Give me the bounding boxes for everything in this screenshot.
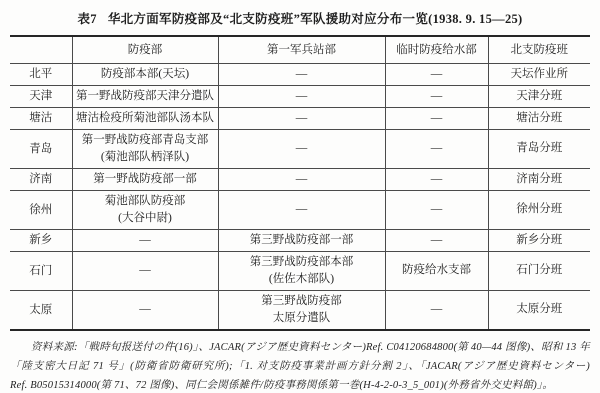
table-cell: 徐州分班 [488,190,590,229]
cell-line: 天津分班 [490,88,590,105]
table-cell: — [218,168,385,190]
table-cell: — [218,107,385,129]
cell-line: — [220,66,384,83]
cell-line: 第三野战防疫部一部 [220,232,384,249]
cell-line: (大谷中尉) [74,210,217,227]
row-city-label: 北平 [10,63,72,85]
cell-line: — [387,301,487,318]
table-cell: — [218,85,385,107]
cell-line: 菊池部队防疫部 [74,193,217,210]
table-cell: 第一野战防疫部青岛支部(菊池部队柄泽队) [72,129,218,168]
table-cell: — [385,229,488,251]
cell-line: 济南分班 [490,171,590,188]
table-cell: 塘沽检疫所菊池部队汤本队 [72,107,218,129]
source-note-line: 资料来源:「戦時旬报送付の件(16)」、JACAR(アジア歴史資料センター)Re… [10,338,590,357]
table-row: 石门—第三野战防疫部本部(佐佐木部队)防疫给水支部石门分班 [10,251,590,290]
document-page: 表7华北方面军防疫部及“北支防疫班”军队援助对应分布一览(1938. 9. 15… [0,0,600,393]
table-cell: — [385,190,488,229]
table-cell: 第三野战防疫部一部 [218,229,385,251]
header-north-china-squad: 北支防疫班 [488,36,590,63]
source-note: 资料来源:「戦時旬报送付の件(16)」、JACAR(アジア歴史資料センター)Re… [10,338,590,393]
cell-line: (佐佐木部队) [220,271,384,288]
cell-line: 防疫给水支部 [387,262,487,279]
table-body: 北平防疫部本部(天坛)——天坛作业所天津第一野战防疫部天津分遣队——天津分班塘沽… [10,63,590,330]
table-row: 济南第一野战防疫部一部——济南分班 [10,168,590,190]
cell-line: — [220,201,384,218]
cell-line: — [387,110,487,127]
table-cell: — [72,290,218,330]
table-cell: 天津分班 [488,85,590,107]
table-cell: 塘沽分班 [488,107,590,129]
cell-line: 太原分遣队 [220,310,384,327]
header-first-army-depot: 第一军兵站部 [218,36,385,63]
table-cell: — [385,107,488,129]
table-row: 新乡—第三野战防疫部一部—新乡分班 [10,229,590,251]
cell-line: — [387,88,487,105]
table-cell: 青岛分班 [488,129,590,168]
cell-line: 防疫部本部(天坛) [74,66,217,83]
table-cell: — [72,251,218,290]
row-city-label: 徐州 [10,190,72,229]
table-title: 表7华北方面军防疫部及“北支防疫班”军队援助对应分布一览(1938. 9. 15… [10,9,590,27]
table-row: 塘沽塘沽检疫所菊池部队汤本队——塘沽分班 [10,107,590,129]
cell-line: 石门分班 [490,262,590,279]
row-city-label: 天津 [10,85,72,107]
cell-line: — [387,201,487,218]
table-cell: — [385,290,488,330]
table-cell: — [385,168,488,190]
cell-line: — [387,140,487,157]
table-cell: — [385,63,488,85]
cell-line: — [74,262,217,279]
header-temp-water-supply-dept: 临时防疫给水部 [385,36,488,63]
table-title-label: 表7 [77,12,96,26]
table-cell: 太原分班 [488,290,590,330]
distribution-table: 防疫部 第一军兵站部 临时防疫给水部 北支防疫班 北平防疫部本部(天坛)——天坛… [10,35,590,331]
table-row: 北平防疫部本部(天坛)——天坛作业所 [10,63,590,85]
cell-line: 第三野战防疫部本部 [220,254,384,271]
table-cell: 天坛作业所 [488,63,590,85]
table-cell: 第三野战防疫部太原分遣队 [218,290,385,330]
table-cell: 第一野战防疫部一部 [72,168,218,190]
table-cell: 第一野战防疫部天津分遣队 [72,85,218,107]
table-cell: — [218,190,385,229]
table-row: 徐州菊池部队防疫部(大谷中尉)——徐州分班 [10,190,590,229]
cell-line: (菊池部队柄泽队) [74,149,217,166]
row-city-label: 石门 [10,251,72,290]
cell-line: — [74,232,217,249]
table-cell: 第三野战防疫部本部(佐佐木部队) [218,251,385,290]
table-cell: 济南分班 [488,168,590,190]
row-city-label: 青岛 [10,129,72,168]
cell-line: 天坛作业所 [490,66,590,83]
cell-line: — [220,110,384,127]
cell-line: — [220,171,384,188]
cell-line: 太原分班 [490,301,590,318]
cell-line: — [74,301,217,318]
table-cell: — [218,63,385,85]
source-note-line: 「陸支密大日記 71 号」(防衛省防衛研究所);「1. 对支防疫事業計画方針分割… [10,357,590,376]
table-row: 青岛第一野战防疫部青岛支部(菊池部队柄泽队)——青岛分班 [10,129,590,168]
table-row: 天津第一野战防疫部天津分遣队——天津分班 [10,85,590,107]
cell-line: 第一野战防疫部天津分遣队 [74,88,217,105]
cell-line: 塘沽分班 [490,110,590,127]
row-city-label: 太原 [10,290,72,330]
table-cell: 石门分班 [488,251,590,290]
cell-line: 第三野战防疫部 [220,293,384,310]
cell-line: — [220,140,384,157]
cell-line: 第一野战防疫部一部 [74,171,217,188]
header-epidemic-prevention-dept: 防疫部 [72,36,218,63]
cell-line: — [220,88,384,105]
table-cell: 防疫部本部(天坛) [72,63,218,85]
table-row: 太原—第三野战防疫部太原分遣队—太原分班 [10,290,590,330]
table-cell: — [385,85,488,107]
row-city-label: 塘沽 [10,107,72,129]
table-cell: — [218,129,385,168]
cell-line: — [387,66,487,83]
table-cell: 防疫给水支部 [385,251,488,290]
cell-line: 第一野战防疫部青岛支部 [74,132,217,149]
table-title-text: 华北方面军防疫部及“北支防疫班”军队援助对应分布一览(1938. 9. 15—2… [108,12,523,26]
table-cell: 菊池部队防疫部(大谷中尉) [72,190,218,229]
source-note-line: Ref. B05015314000(第 71、72 图像)、同仁会関係雑件/防疫… [10,376,590,393]
header-city [10,36,72,63]
cell-line: 新乡分班 [490,232,590,249]
table-cell: — [72,229,218,251]
table-cell: — [385,129,488,168]
cell-line: — [387,171,487,188]
cell-line: 徐州分班 [490,201,590,218]
cell-line: — [387,232,487,249]
cell-line: 塘沽检疫所菊池部队汤本队 [74,110,217,127]
row-city-label: 济南 [10,168,72,190]
table-cell: 新乡分班 [488,229,590,251]
header-row: 防疫部 第一军兵站部 临时防疫给水部 北支防疫班 [10,36,590,63]
cell-line: 青岛分班 [490,140,590,157]
row-city-label: 新乡 [10,229,72,251]
